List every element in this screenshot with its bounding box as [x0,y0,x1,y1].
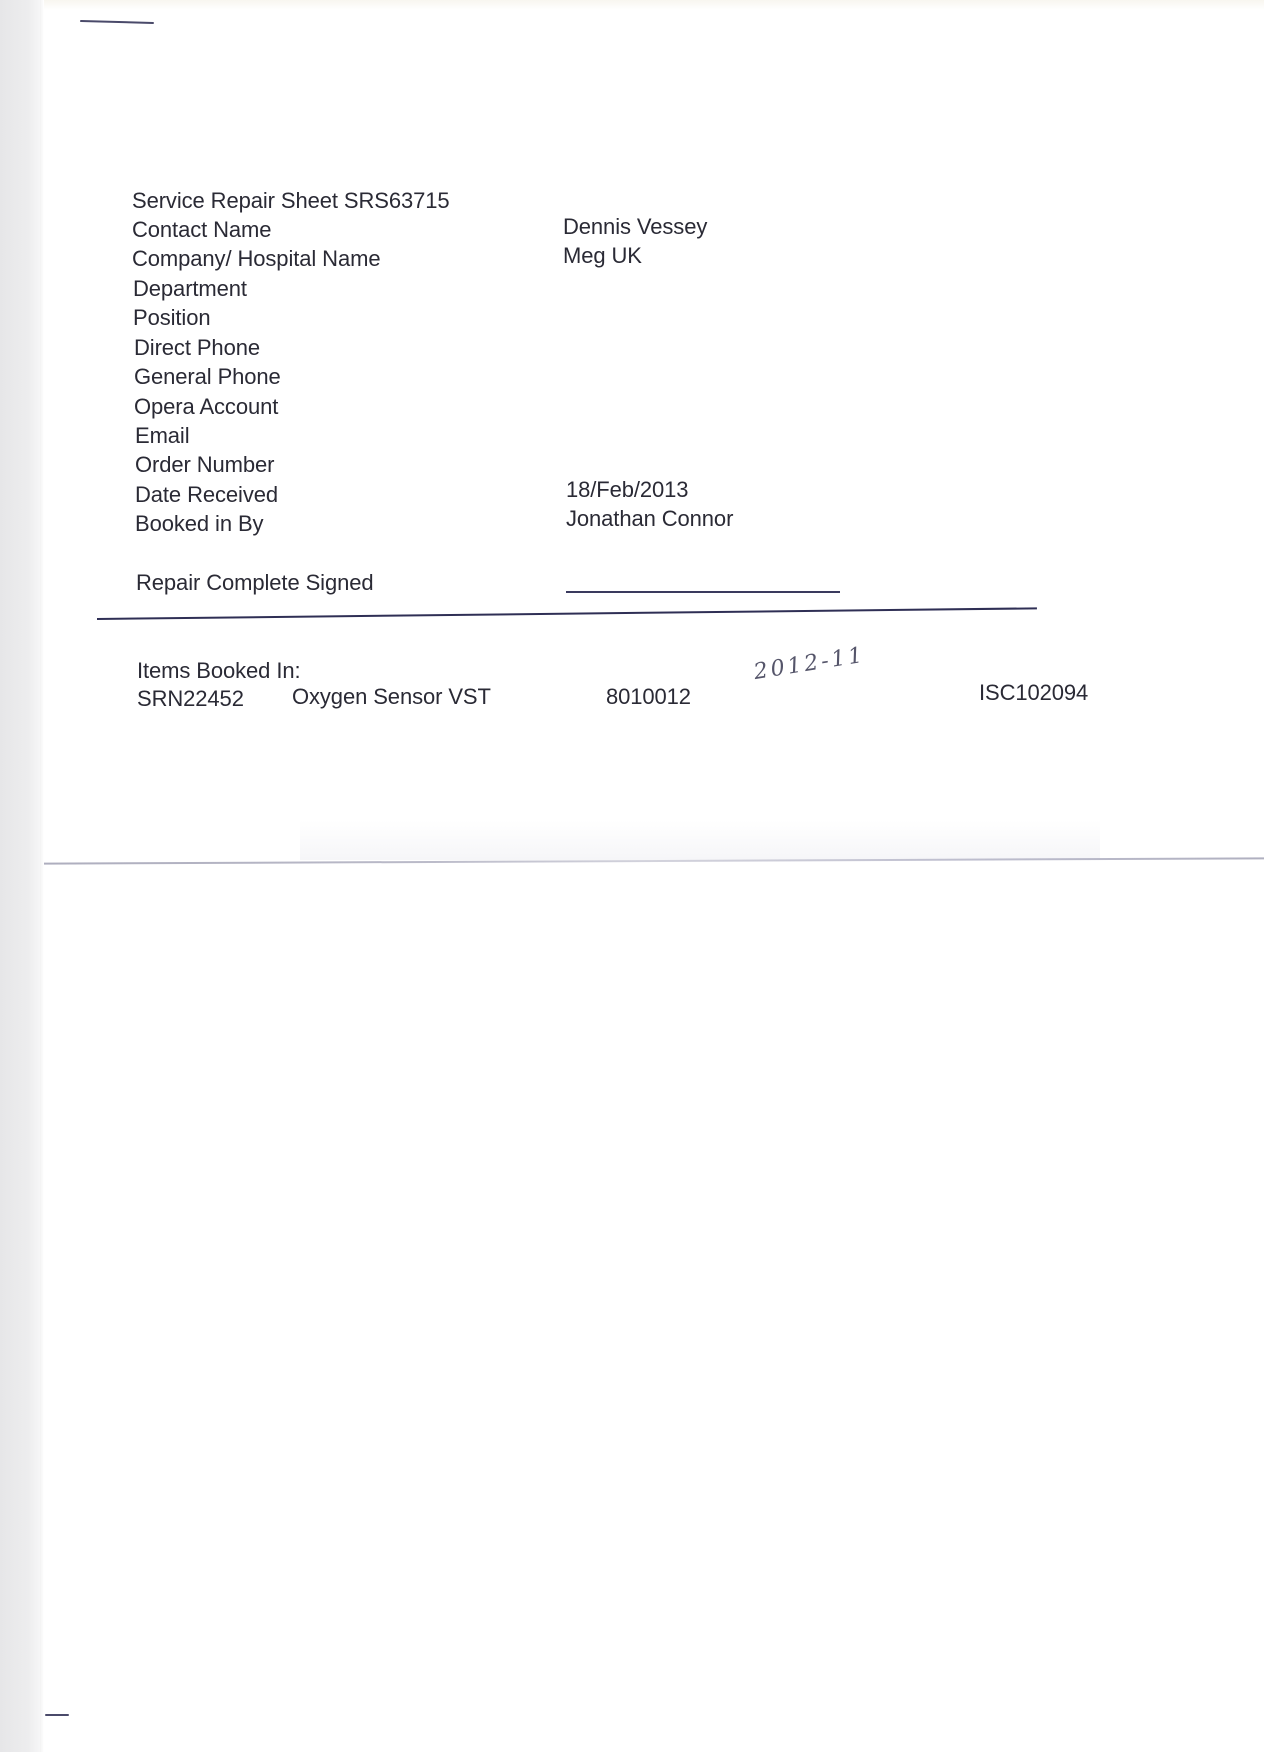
label-date-received: Date Received [135,482,278,508]
label-order-number: Order Number [135,452,274,478]
label-opera-account: Opera Account [134,394,278,420]
scan-mark-top [80,20,154,24]
section-divider [97,607,1037,620]
value-date-received: 18/Feb/2013 [566,477,688,503]
scan-top-edge [44,0,1264,10]
label-booked-in-by: Booked in By [135,511,263,537]
scan-mark-bottom [45,1714,69,1716]
item-serial: ISC102094 [979,680,1088,706]
value-contact-name: Dennis Vessey [563,214,707,240]
fold-shadow [300,820,1100,860]
items-heading: Items Booked In: [137,658,301,684]
item-part-number: 8010012 [606,684,691,710]
value-company-name: Meg UK [563,243,642,269]
label-position: Position [133,305,210,331]
label-general-phone: General Phone [134,364,281,390]
value-booked-in-by: Jonathan Connor [566,506,733,532]
handwritten-note: 2012-11 [752,643,867,685]
scan-left-margin [0,0,40,1752]
item-description: Oxygen Sensor VST [292,684,491,710]
item-ref: SRN22452 [137,686,244,712]
label-direct-phone: Direct Phone [134,335,260,361]
label-repair-complete-signed: Repair Complete Signed [136,570,374,596]
label-company-name: Company/ Hospital Name [132,246,380,272]
label-email: Email [135,423,190,449]
label-department: Department [133,276,247,302]
page-edge [40,0,44,1752]
document-title: Service Repair Sheet SRS63715 [132,188,450,214]
label-contact-name: Contact Name [132,217,271,243]
signature-line [566,591,840,593]
